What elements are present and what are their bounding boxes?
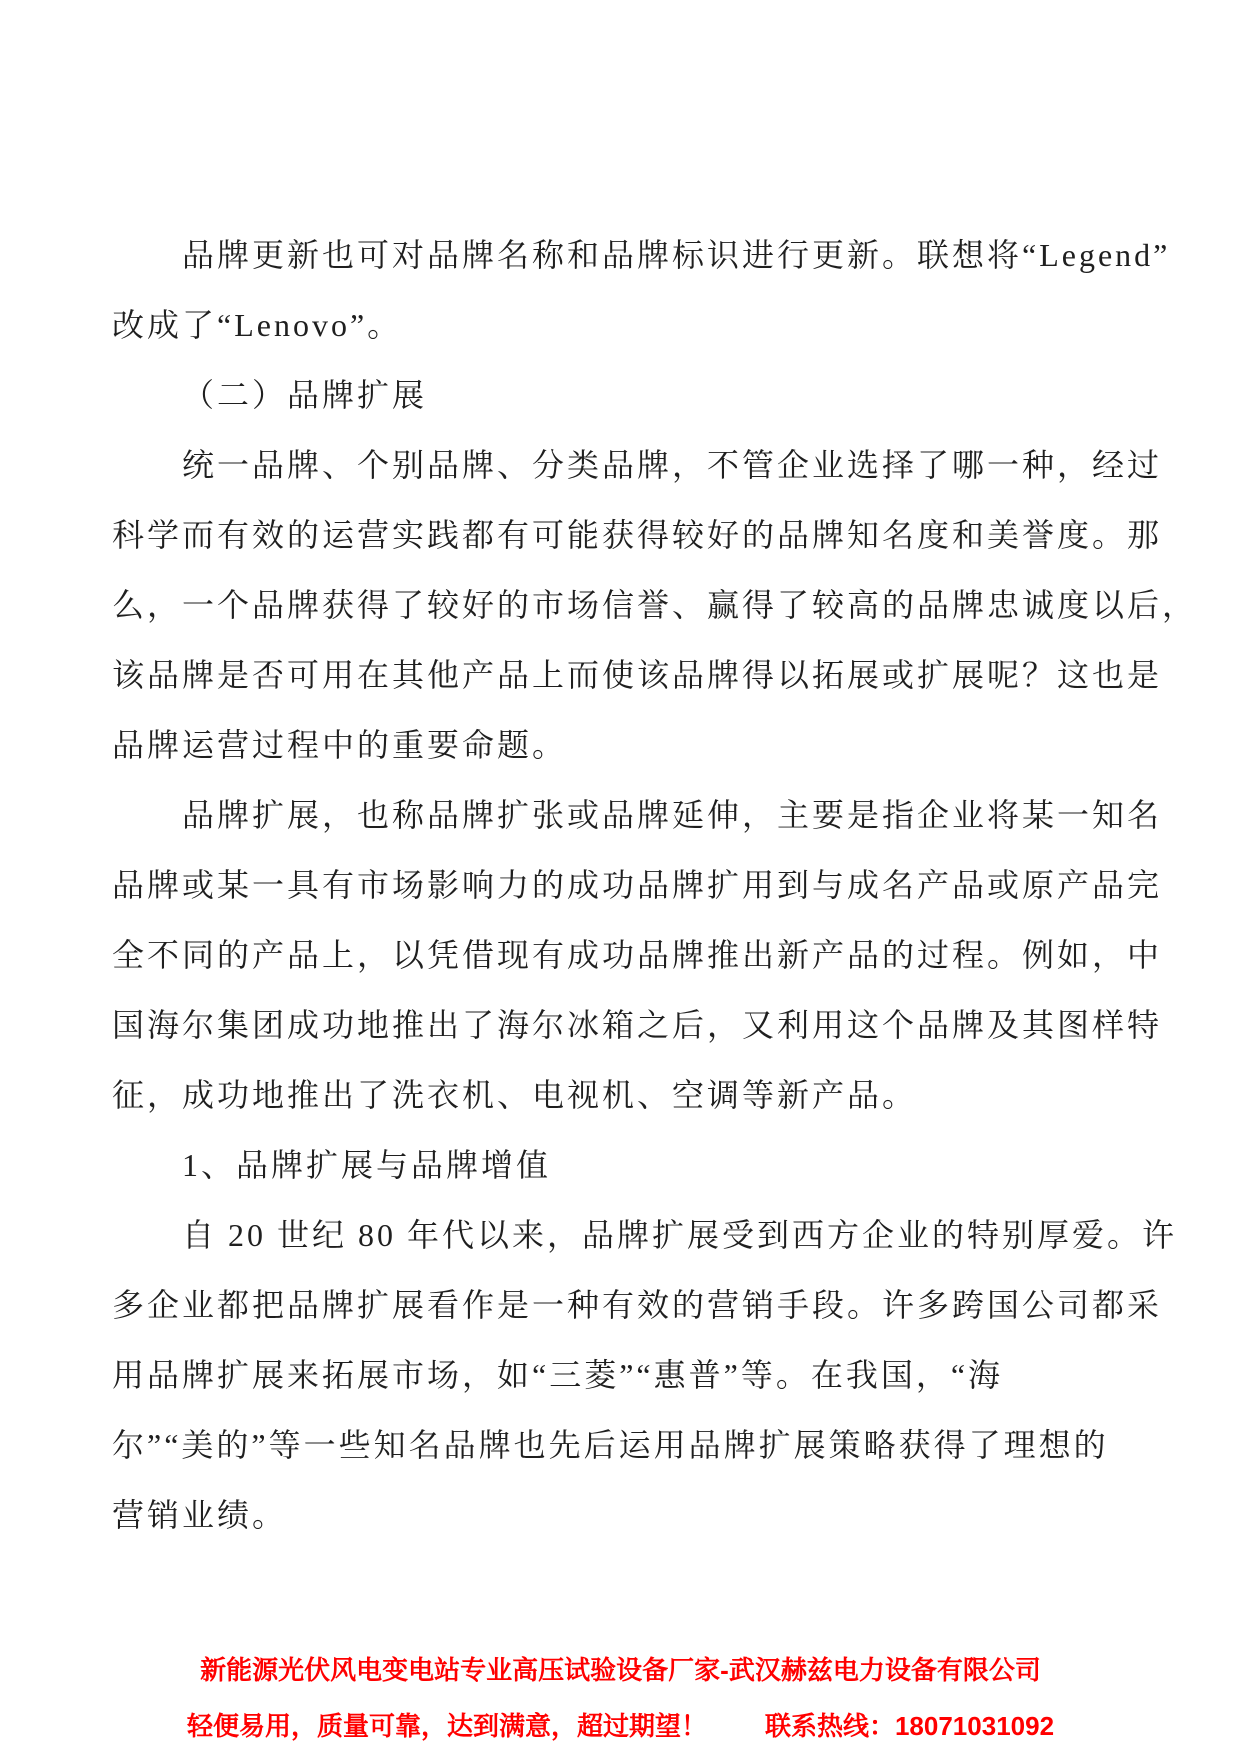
body-line: 科学而有效的运营实践都有可能获得较好的品牌知名度和美誉度。那 — [112, 500, 1172, 570]
body-line: 全不同的产品上，以凭借现有成功品牌推出新产品的过程。例如，中 — [112, 920, 1172, 990]
body-line: 征，成功地推出了洗衣机、电视机、空调等新产品。 — [112, 1060, 1172, 1130]
body-line: 国海尔集团成功地推出了海尔冰箱之后，又利用这个品牌及其图样特 — [112, 990, 1172, 1060]
body-line: 么，一个品牌获得了较好的市场信誉、赢得了较高的品牌忠诚度以后， — [112, 570, 1172, 640]
advert-footer: 轻便易用，质量可靠，达到满意，超过期望！联系热线：18071031092 — [0, 1708, 1241, 1744]
body-line: 改成了“Lenovo”。 — [112, 290, 1172, 360]
body-line: 用品牌扩展来拓展市场，如“三菱”“惠普”等。在我国，“海 — [112, 1340, 1172, 1410]
body-line: 营销业绩。 — [112, 1480, 1172, 1550]
body-line: 1、品牌扩展与品牌增值 — [112, 1130, 1172, 1200]
body-line: （二）品牌扩展 — [112, 360, 1172, 430]
body-line: 统一品牌、个别品牌、分类品牌，不管企业选择了哪一种，经过 — [112, 430, 1172, 500]
footer-company-line: 新能源光伏风电变电站专业高压试验设备厂家-武汉赫兹电力设备有限公司 — [0, 1652, 1241, 1688]
body-line: 品牌更新也可对品牌名称和品牌标识进行更新。联想将“Legend” — [112, 220, 1172, 290]
document-body: 品牌更新也可对品牌名称和品牌标识进行更新。联想将“Legend”改成了“Leno… — [112, 220, 1172, 1550]
footer-slogan: 轻便易用，质量可靠，达到满意，超过期望！ — [187, 1708, 707, 1744]
body-line: 品牌或某一具有市场影响力的成功品牌扩用到与成名产品或原产品完 — [112, 850, 1172, 920]
body-line: 品牌扩展，也称品牌扩张或品牌延伸，主要是指企业将某一知名 — [112, 780, 1172, 850]
body-line: 该品牌是否可用在其他产品上而使该品牌得以拓展或扩展呢？这也是 — [112, 640, 1172, 710]
footer-hotline: 联系热线：18071031092 — [765, 1708, 1054, 1744]
body-line: 多企业都把品牌扩展看作是一种有效的营销手段。许多跨国公司都采 — [112, 1270, 1172, 1340]
body-line: 尔”“美的”等一些知名品牌也先后运用品牌扩展策略获得了理想的 — [112, 1410, 1172, 1480]
document-page: 品牌更新也可对品牌名称和品牌标识进行更新。联想将“Legend”改成了“Leno… — [0, 0, 1241, 1754]
body-line: 品牌运营过程中的重要命题。 — [112, 710, 1172, 780]
body-line: 自 20 世纪 80 年代以来，品牌扩展受到西方企业的特别厚爱。许 — [112, 1200, 1172, 1270]
